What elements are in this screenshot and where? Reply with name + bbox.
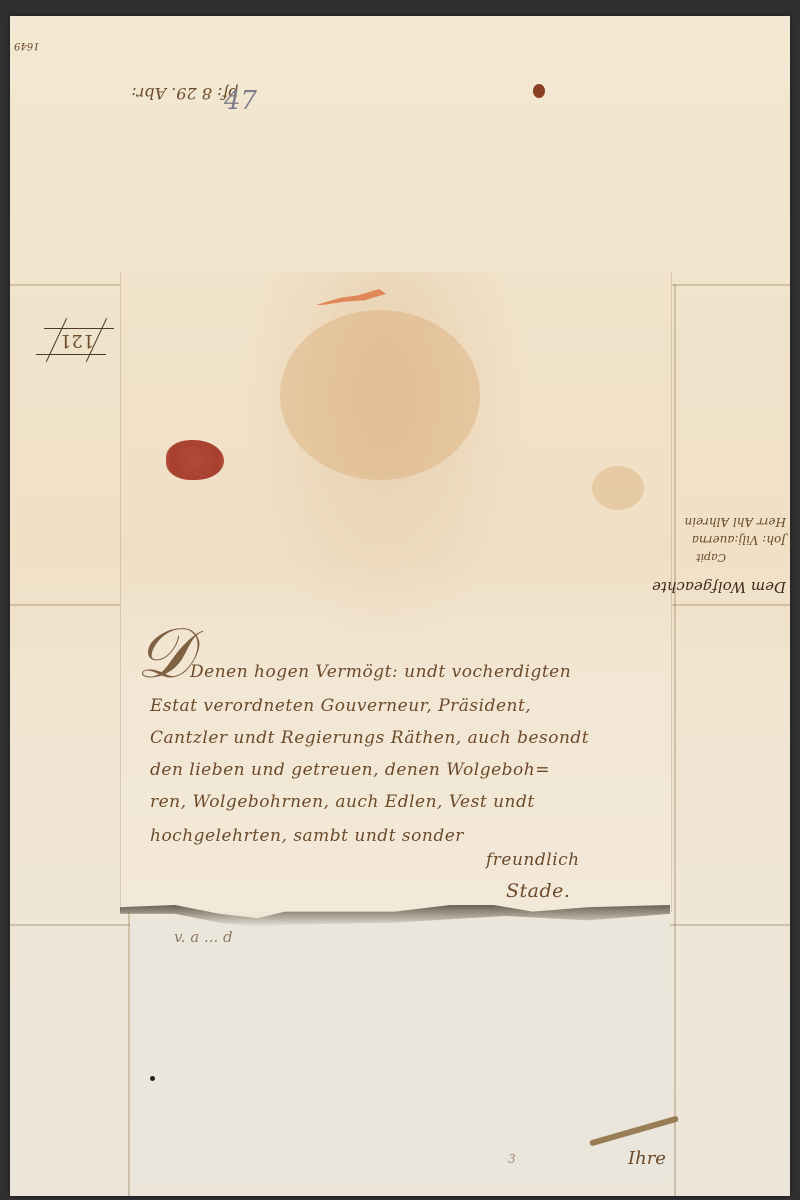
letter-signature-place: Stade. [506, 880, 570, 902]
address-block-rotated: Dem Wolfgeachte Capit Joh: Vilj:auerna H… [652, 515, 786, 596]
address-line-1: Dem Wolfgeachte [652, 578, 786, 596]
dot-mark [150, 1076, 155, 1081]
letter-closing: freundlich [486, 850, 580, 870]
letter-line-1: Denen hogen Vermögt: undt vocherdigten [190, 662, 571, 682]
address-line-4: Herr Ahl Alhrein [652, 515, 786, 529]
bottom-small-mark: 3 [508, 1152, 516, 1166]
seal-stain [280, 310, 480, 480]
letter-line-5: ren, Wolgebohrnen, auch Edlen, Vest undt [150, 792, 535, 812]
letter-line-6: hochgelehrten, sambt undt sonder [150, 826, 464, 846]
fold-line-right [674, 284, 676, 1196]
letter-line-4: den lieben und getreuen, denen Wolgeboh= [150, 760, 550, 780]
archive-number-box: 121 [40, 318, 110, 362]
bottom-right-text: Ihre [628, 1148, 666, 1169]
wax-seal-remnant [166, 440, 224, 480]
address-line-3: Joh: Vilj:auerna [652, 533, 786, 547]
address-line-2: Capit [652, 551, 786, 564]
initial-flourish: 𝒟 [136, 612, 192, 695]
letter-line-2: Estat verordneten Gouverneur, Präsident, [150, 696, 531, 716]
archive-number: 121 [60, 330, 94, 351]
small-stain [592, 466, 644, 510]
letter-line-3: Cantzler undt Regierungs Räthen, auch be… [150, 728, 589, 748]
wax-spot [533, 84, 545, 98]
lower-fragment-text: v. a ... d [174, 928, 233, 946]
catalog-year: 1649 [14, 40, 39, 51]
pencil-mark: 47 [224, 86, 257, 116]
